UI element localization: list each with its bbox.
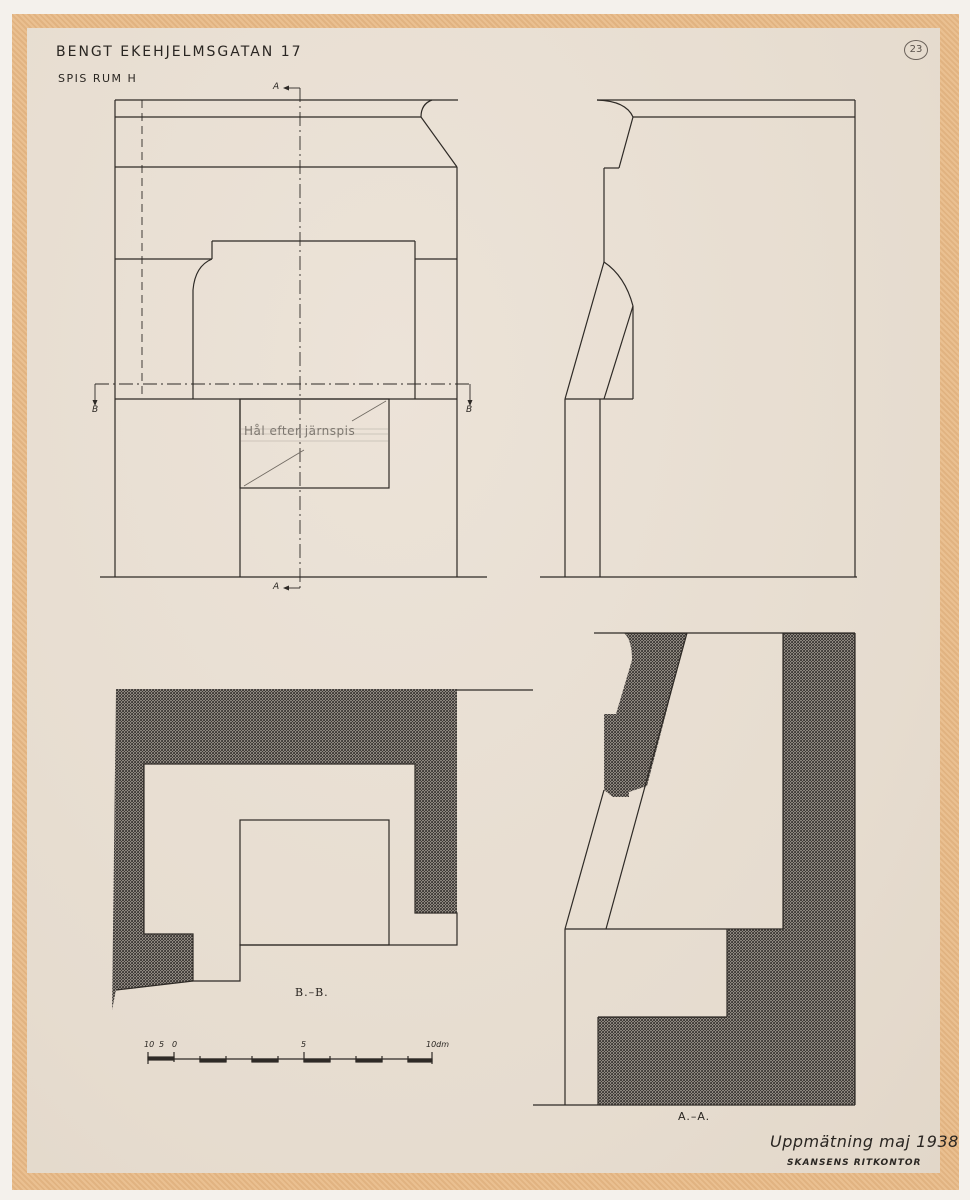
front-elevation <box>95 88 487 588</box>
section-marker-a-top: A <box>273 82 279 92</box>
section-marker-a-bottom: A <box>273 582 279 592</box>
drafting-office: SKANSENS RITKONTOR <box>787 1158 921 1168</box>
section-marker-b-left: B <box>92 405 98 415</box>
section-bb-label: B.–B. <box>295 986 329 999</box>
section-bb <box>112 689 533 1010</box>
drawing-subtitle: SPIS RUM H <box>58 72 137 85</box>
sheet-number-badge: 23 <box>904 40 928 60</box>
section-aa-label: A.–A. <box>678 1110 710 1123</box>
section-marker-b-right: B <box>466 405 472 415</box>
drawing-title: BENGT EKEHJELMSGATAN 17 <box>56 44 303 60</box>
section-aa <box>533 633 855 1105</box>
scale-tick-label: 10dm <box>426 1040 449 1049</box>
scale-tick-label: 10 <box>144 1040 154 1049</box>
side-elevation <box>540 100 857 577</box>
scale-tick-label: 5 <box>159 1040 164 1049</box>
scale-tick-label: 0 <box>172 1040 177 1049</box>
scale-bar <box>148 1052 432 1064</box>
architectural-drawing <box>0 0 970 1200</box>
hole-note: Hål efter järnspis <box>244 424 355 438</box>
survey-date: Uppmätning maj 1938 <box>770 1132 959 1151</box>
scale-tick-label: 5 <box>301 1040 306 1049</box>
